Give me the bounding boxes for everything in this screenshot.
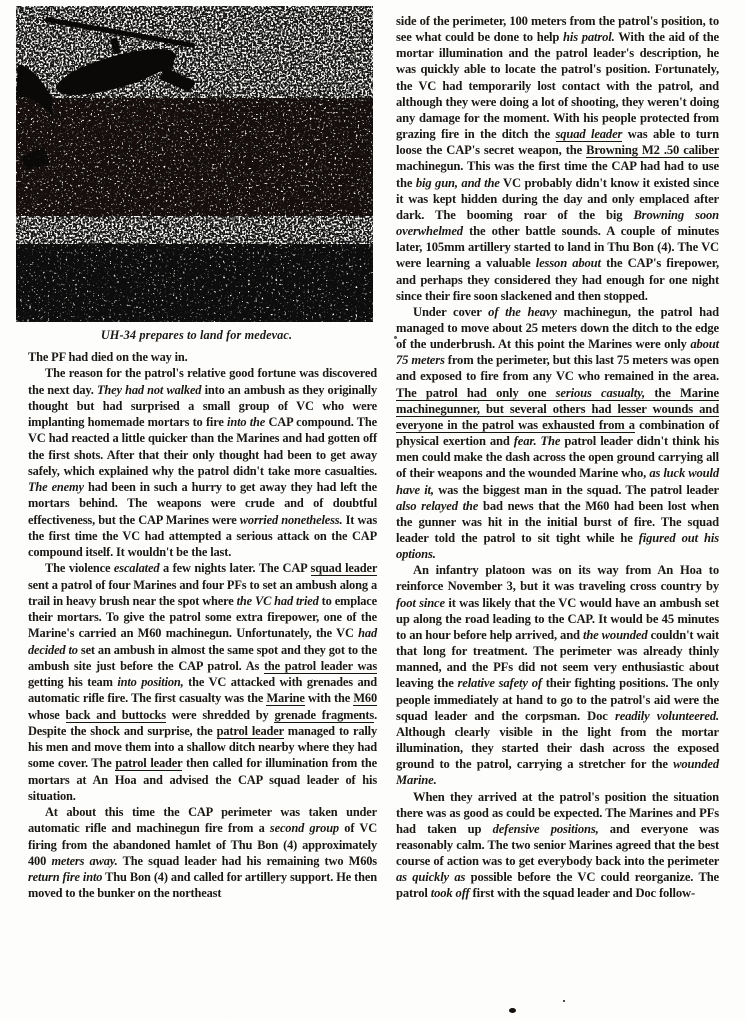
photo-caption: UH-34 prepares to land for medevac.: [18, 328, 375, 343]
paragraph: The PF had died on the way in.: [28, 349, 377, 365]
paragraph: side of the perimeter, 100 meters from t…: [396, 13, 719, 304]
pen-underline: grenade fragments: [274, 708, 374, 723]
pen-underline: squad leader: [311, 561, 377, 576]
paragraph: The violence escalated a few nights late…: [28, 560, 377, 804]
ink-speck: [563, 1000, 565, 1002]
pen-underline: serious casualty,: [556, 386, 645, 401]
pen-underline: patrol leader: [217, 724, 284, 739]
ink-speck: [509, 1008, 516, 1013]
pen-underline: M60: [353, 691, 377, 706]
paragraph: At about this time the CAP perimeter was…: [28, 804, 377, 902]
pen-underline: The patrol had only one: [396, 386, 556, 401]
ink-speck: [394, 336, 397, 339]
pen-underline: Browning M2 .50 caliber: [586, 143, 719, 158]
paragraph: Under cover of the heavy machinegun, the…: [396, 304, 719, 563]
pen-underline: squad leader: [556, 127, 623, 142]
pen-underline: the patrol leader was: [264, 659, 377, 674]
paragraph: When they arrived at the patrol's positi…: [396, 789, 719, 902]
paragraph: An infantry platoon was on its way from …: [396, 562, 719, 788]
right-column: side of the perimeter, 100 meters from t…: [396, 13, 719, 902]
scanned-page: UH-34 prepares to land for medevac. The …: [0, 0, 746, 1020]
pen-underline: back and buttocks: [66, 708, 166, 723]
paragraph: The reason for the patrol's relative goo…: [28, 365, 377, 560]
left-column: The PF had died on the way in.The reason…: [28, 349, 377, 902]
pen-underline: patrol leader: [115, 756, 182, 771]
photo-uh34-helicopter: [16, 6, 373, 322]
photo-noise-canvas: [16, 6, 373, 322]
pen-underline: Marine: [266, 691, 304, 706]
